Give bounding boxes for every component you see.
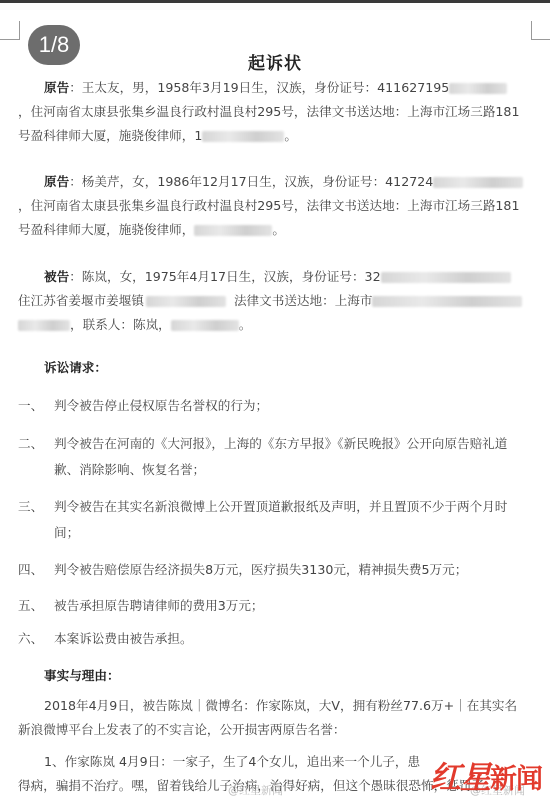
claim-item: 二、判令被告在河南的《大河报》，上海的《东方早报》《新民晚报》公开向原告赔礼道歉… (18, 431, 532, 483)
punct: 。 (272, 222, 285, 237)
redacted-phone (171, 320, 239, 331)
claims-heading: 诉讼请求： (44, 357, 107, 376)
claim-text: 被告承担原告聘请律师的费用3万元； (54, 593, 532, 619)
claim-number: 六、 (18, 626, 54, 652)
claim-item: 五、被告承担原告聘请律师的费用3万元； (18, 593, 532, 619)
brand-watermark-logo: 红星新闻 (430, 752, 542, 797)
redacted-address (18, 320, 70, 331)
plaintiff-2-line3: 号盈科律师大厦，施骁俊律师， (18, 222, 194, 237)
brand-logo-part2: 新闻 (490, 764, 542, 795)
claim-text: 判令被告停止侵权原告名誉权的行为； (54, 393, 532, 419)
claim-item: 六、本案诉讼费由被告承担。 (18, 626, 532, 652)
redacted-address (146, 296, 226, 307)
redacted-id (433, 177, 523, 188)
claim-text: 判令被告赔偿原告经济损失8万元，医疗损失3130元，精神损失费5万元； (54, 557, 532, 583)
plaintiff-1-block: 原告：王太友，男，1958年3月19日生，汉族，身份证号：411627195 ，… (18, 76, 532, 148)
claim-number: 三、 (18, 494, 54, 520)
plaintiff-2-line2: ，住河南省太康县张集乡温良行政村温良村295号，法律文书送达地：上海市江场三路1… (18, 194, 532, 218)
plaintiff-label: 原告 (44, 80, 69, 95)
claim-text: 判令被告在河南的《大河报》，上海的《东方早报》《新民晚报》公开向原告赔礼道歉、消… (54, 431, 532, 483)
defendant-line3: ，联系人：陈岚， (70, 317, 171, 332)
facts-line: 2018年4月9日，被告陈岚｜微博名：作家陈岚，大V，拥有粉丝77.6万+｜在其… (44, 698, 517, 713)
claim-number: 五、 (18, 593, 54, 619)
punct: 。 (284, 128, 297, 143)
claim-item: 四、判令被告赔偿原告经济损失8万元，医疗损失3130元，精神损失费5万元； (18, 557, 532, 583)
facts-paragraph-1: 2018年4月9日，被告陈岚｜微博名：作家陈岚，大V，拥有粉丝77.6万+｜在其… (18, 694, 532, 742)
defendant-label: 被告 (44, 269, 69, 284)
plaintiff-1-line3: 号盈科律师大厦，施骁俊律师，1 (18, 128, 202, 143)
defendant-line1: ：陈岚，女，1975年4月17日生，汉族，身份证号：32 (69, 269, 380, 284)
defendant-block: 被告：陈岚，女，1975年4月17日生，汉族，身份证号：32 住江苏省姜堰市姜堰… (18, 265, 532, 337)
defendant-line2b: 法律文书送达地：上海市 (234, 293, 373, 308)
redacted-id (449, 83, 507, 94)
facts-line: 1、作家陈岚 4月9日：一家子，生了4个女儿，追出来一个儿子，患 (44, 754, 420, 769)
claim-number: 一、 (18, 393, 54, 419)
page-corner-mark-left (0, 21, 20, 40)
plaintiff-2-block: 原告：杨美芹，女，1986年12月17日生，汉族，身份证号：412724 ，住河… (18, 170, 532, 242)
claim-item: 三、判令被告在其实名新浪微博上公开置顶道歉报纸及声明，并且置顶不少于两个月时间； (18, 494, 532, 546)
redacted-id (381, 272, 511, 283)
redacted-phone (202, 131, 284, 142)
punct: 。 (239, 317, 252, 332)
redacted-phone (194, 225, 272, 236)
plaintiff-2-line1: ：杨美芹，女，1986年12月17日生，汉族，身份证号：412724 (69, 174, 433, 189)
claim-number: 四、 (18, 557, 54, 583)
claim-item: 一、判令被告停止侵权原告名誉权的行为； (18, 393, 532, 419)
viewer-top-bar (0, 0, 550, 3)
plaintiff-label: 原告 (44, 174, 69, 189)
document-title: 起诉状 (0, 49, 550, 74)
redacted-address (372, 296, 522, 307)
defendant-line2a: 住江苏省姜堰市姜堰镇 (18, 293, 144, 308)
claim-number: 二、 (18, 431, 54, 457)
brand-logo-part1: 红星 (430, 760, 490, 796)
page-corner-mark-right (531, 21, 550, 40)
claim-text: 本案诉讼费由被告承担。 (54, 626, 532, 652)
facts-heading: 事实与理由： (44, 665, 120, 684)
claim-text: 判令被告在其实名新浪微博上公开置顶道歉报纸及声明，并且置顶不少于两个月时间； (54, 494, 532, 546)
plaintiff-1-line1: ：王太友，男，1958年3月19日生，汉族，身份证号：411627195 (69, 80, 449, 95)
facts-line: 新浪微博平台上发表了的不实言论，公开损害两原告名誉： (18, 718, 532, 742)
weibo-watermark: @红星新闻 (228, 782, 283, 798)
plaintiff-1-line2: ，住河南省太康县张集乡温良行政村温良村295号，法律文书送达地：上海市江场三路1… (18, 100, 532, 124)
